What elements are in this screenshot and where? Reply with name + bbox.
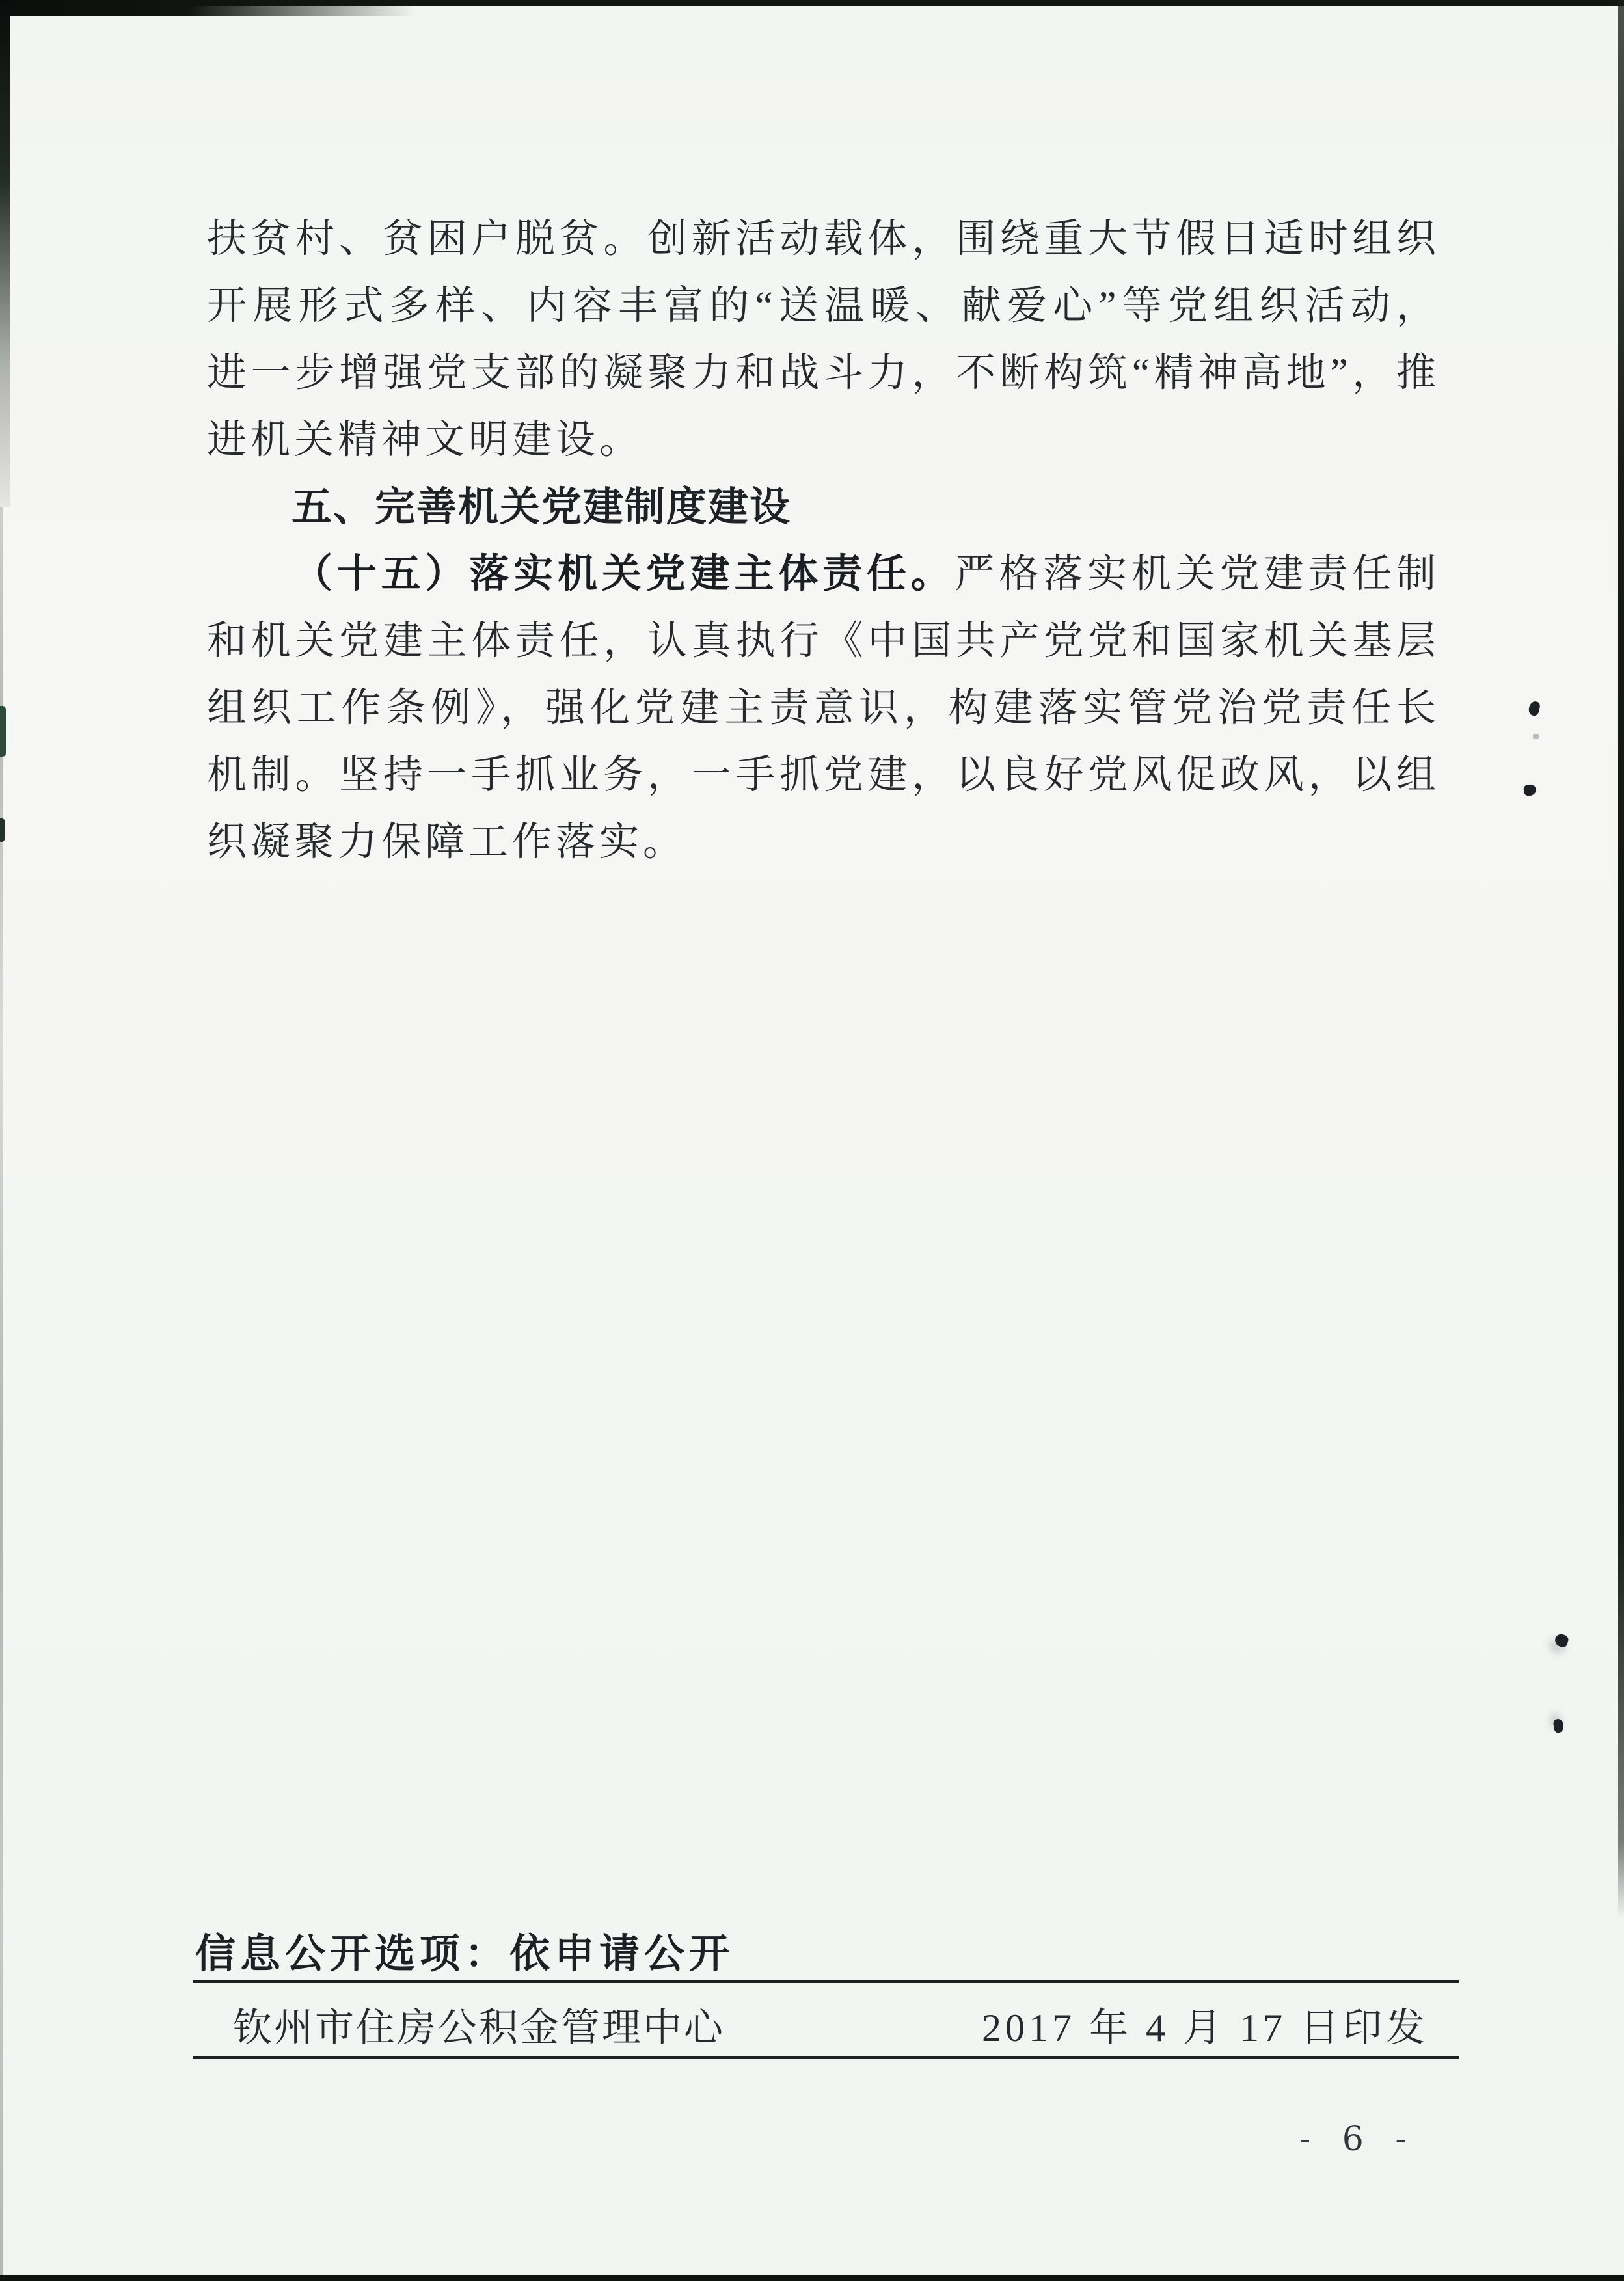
document-body: 扶贫村、贫困户脱贫。创新活动载体，围绕重大节假日适时组织 开展形式多样、内容丰富… bbox=[207, 206, 1440, 876]
page-number: - 6 - bbox=[1299, 2120, 1417, 2159]
ink-mark-3 bbox=[1554, 1632, 1570, 1648]
ink-speck bbox=[1533, 734, 1539, 739]
ink-mark-1 bbox=[1528, 701, 1541, 717]
scan-edge-top-left bbox=[0, 0, 416, 16]
footer-issuer-row: 钦州市住房公积金管理中心 2017 年 4 月 17 日印发 bbox=[193, 2000, 1459, 2056]
body-line-7: 和机关党建主体责任，认真执行《中国共产党党和国家机关基层 bbox=[207, 608, 1440, 675]
body-line-9: 机制。坚持一手抓业务，一手抓党建，以良好党风促政风，以组 bbox=[207, 742, 1440, 809]
body-line-1: 扶贫村、贫困户脱贫。创新活动载体，围绕重大节假日适时组织 bbox=[207, 206, 1440, 273]
ink-mark-2 bbox=[1523, 784, 1537, 796]
body-line-6: （十五）落实机关党建主体责任。严格落实机关党建责任制 bbox=[207, 541, 1440, 608]
issuing-agency: 钦州市住房公积金管理中心 bbox=[233, 2000, 725, 2056]
body-line-4: 进机关精神文明建设。 bbox=[207, 407, 1440, 474]
disclosure-option-line: 信息公开选项：依申请公开 bbox=[195, 1927, 734, 1982]
print-date: 2017 年 4 月 17 日印发 bbox=[982, 2000, 1429, 2056]
footer-rule-top bbox=[193, 1980, 1459, 1983]
section-heading: 五、完善机关党建制度建设 bbox=[207, 474, 1440, 541]
clause-body-start: 严格落实机关党建责任制 bbox=[955, 552, 1440, 596]
scan-edge-left-lower bbox=[0, 507, 3, 2281]
scanned-document-page: 扶贫村、贫困户脱贫。创新活动载体，围绕重大节假日适时组织 开展形式多样、内容丰富… bbox=[0, 0, 1624, 2281]
footer-rule-bottom bbox=[193, 2056, 1459, 2059]
clause-title: （十五）落实机关党建主体责任。 bbox=[293, 552, 955, 596]
body-line-2: 开展形式多样、内容丰富的“送温暖、献爱心”等党组织活动， bbox=[207, 273, 1440, 340]
ink-mark-4 bbox=[1552, 1718, 1564, 1733]
scan-edge-right bbox=[1618, 0, 1624, 1919]
body-line-8: 组织工作条例》，强化党建主责意识，构建落实管党治党责任长效 bbox=[207, 675, 1440, 742]
scan-left-smudge-1 bbox=[0, 706, 6, 757]
body-line-10: 织凝聚力保障工作落实。 bbox=[207, 809, 1440, 876]
scan-edge-bottom bbox=[0, 2275, 1624, 2281]
scan-left-smudge-2 bbox=[0, 818, 5, 842]
body-line-3: 进一步增强党支部的凝聚力和战斗力，不断构筑“精神高地”，推 bbox=[207, 340, 1440, 407]
scan-edge-left-upper bbox=[0, 0, 10, 507]
